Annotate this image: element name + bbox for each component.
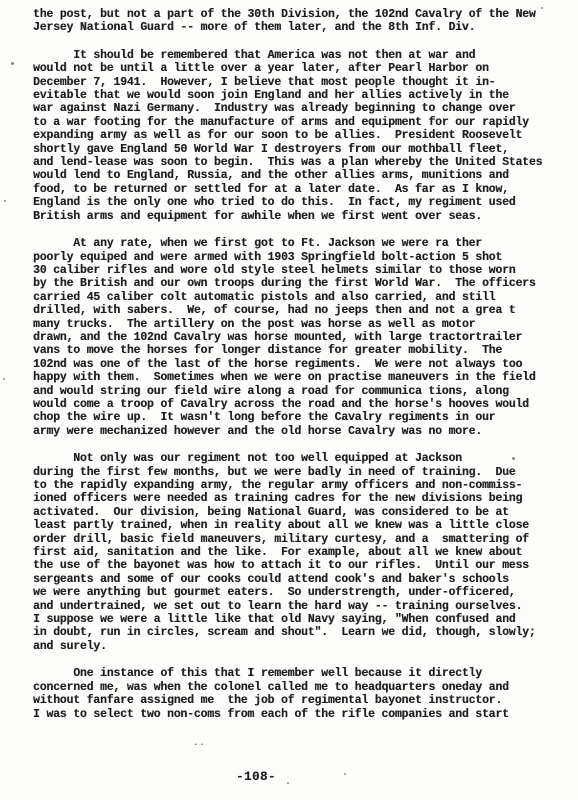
text-line: 30 caliber rifles and wore old style ste… (33, 264, 574, 277)
text-line: would lend to England, Russia, and the o… (33, 169, 574, 182)
scan-speck (344, 773, 346, 775)
text-line: England is the only one who tried to do … (33, 196, 574, 209)
text-line: Not only was our regiment not too well e… (33, 452, 574, 465)
text-line: December 7, 1941. However, I believe tha… (33, 76, 574, 89)
paragraph-gap (33, 223, 574, 237)
scan-speck (541, 7, 543, 9)
text-line: 102nd was one of the last of the horse r… (33, 358, 574, 371)
text-line: army were mechanized however and the old… (33, 425, 574, 438)
scan-speck (4, 200, 6, 202)
scanned-document-page: the post, but not a part of the 30th Div… (0, 0, 578, 800)
text-line: I was to select two non-coms from each o… (33, 708, 574, 721)
text-line: drilled, with sabers. We, of course, had… (33, 304, 574, 317)
text-line: food, to be returned or settled for at a… (33, 183, 574, 196)
text-line: without fanfare assigned me the job of r… (33, 694, 574, 707)
text-line: carried 45 caliber colt automatic pistol… (33, 291, 574, 304)
text-line: would not be until a little over a year … (33, 62, 574, 75)
text-line: least partly trained, when in reality ab… (33, 519, 574, 532)
paragraph-gap (33, 653, 574, 667)
paragraph-bayonet-instructor: One instance of this that I remember wel… (33, 667, 574, 721)
text-line: I suppose we were a little like that old… (33, 613, 574, 626)
paragraph-america-at-war: It should be remembered that America was… (33, 49, 574, 223)
text-line: order drill, basic field maneuvers, mili… (33, 533, 574, 546)
text-line: to a war footing for the manufacture of … (33, 116, 574, 129)
text-line: and would string our field wire along a … (33, 385, 574, 398)
text-line: the post, but not a part of the 30th Div… (33, 8, 574, 21)
text-line: Jersey National Guard -- more of them la… (33, 21, 574, 34)
text-line: in doubt, run in circles, scream and sho… (33, 626, 574, 639)
text-line: ioned officers were needed as training c… (33, 492, 574, 505)
text-line: poorly equiped and were armed with 1903 … (33, 251, 574, 264)
paragraph-gap (33, 35, 574, 49)
text-line: One instance of this that I remember wel… (33, 667, 574, 680)
text-line: by the British and our own troops during… (33, 277, 574, 290)
text-line: happy with them. Sometimes when we were … (33, 371, 574, 384)
text-line: during the first few months, but we were… (33, 466, 574, 479)
text-line: and undertrained, we set out to learn th… (33, 600, 574, 613)
text-line: first aid, sanitation and the like. For … (33, 546, 574, 559)
text-line: activated. Our division, being National … (33, 506, 574, 519)
text-line: vans to move the horses for longer dista… (33, 344, 574, 357)
text-line: and surely. (33, 640, 574, 653)
text-line: to the rapidly expanding army, the regul… (33, 479, 574, 492)
page-number: -108- (236, 770, 276, 784)
scan-speck (11, 62, 14, 65)
text-line: It should be remembered that America was… (33, 49, 574, 62)
text-line: expanding army as well as for our soon t… (33, 129, 574, 142)
paragraph-ft-jackson: At any rate, when we first got to Ft. Ja… (33, 237, 574, 438)
text-line: would come a troop of Cavalry across the… (33, 398, 574, 411)
text-line: sergeants and some of our cooks could at… (33, 573, 574, 586)
text-line: and lend-lease was soon to begin. This w… (33, 156, 574, 169)
text-line: we were anything but gourmet eaters. So … (33, 586, 574, 599)
scan-speck (287, 782, 289, 784)
text-line: drawn, and the 102nd Cavalry was horse m… (33, 331, 574, 344)
scan-smudge: ·· (193, 740, 206, 750)
text-line: concerned me, was when the colonel calle… (33, 681, 574, 694)
scan-speck (512, 457, 515, 460)
text-line: many trucks. The artillery on the post w… (33, 318, 574, 331)
text-line: British arms and equipment for awhile wh… (33, 210, 574, 223)
text-line: chop the wire up. It wasn't long before … (33, 411, 574, 424)
text-line: evitable that we would soon join England… (33, 89, 574, 102)
text-line: war against Nazi Germany. Industry was a… (33, 102, 574, 115)
paragraph-continuation: the post, but not a part of the 30th Div… (33, 8, 574, 35)
scan-speck (3, 378, 5, 380)
typewritten-text-block: the post, but not a part of the 30th Div… (33, 8, 574, 721)
text-line: shortly gave England 50 World War I dest… (33, 143, 574, 156)
paragraph-gap (33, 438, 574, 452)
paragraph-training: Not only was our regiment not too well e… (33, 452, 574, 653)
text-line: At any rate, when we first got to Ft. Ja… (33, 237, 574, 250)
text-line: the use of the bayonet was how to attach… (33, 559, 574, 572)
